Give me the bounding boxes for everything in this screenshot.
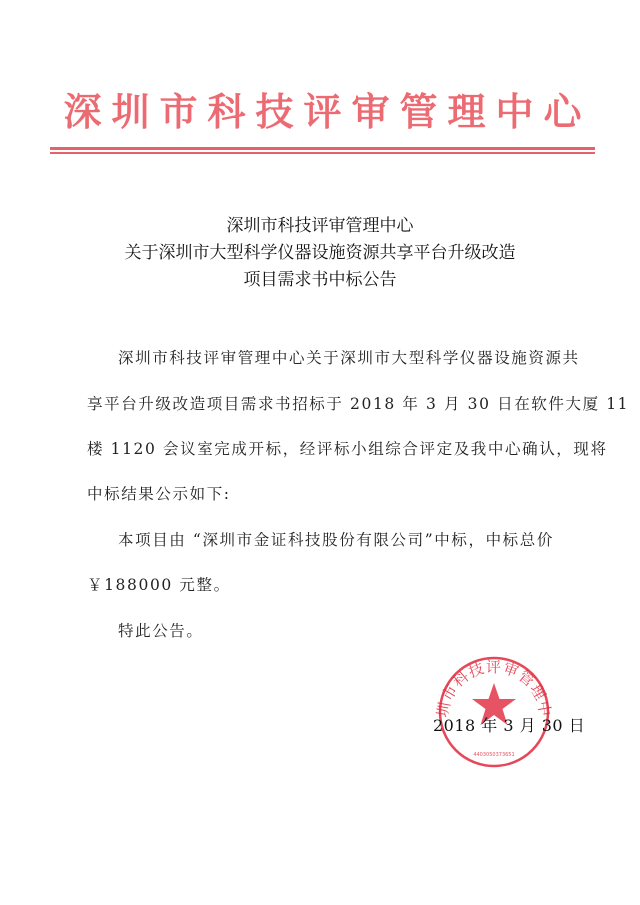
paragraph-1-line-4: 中标结果公示如下: [87, 482, 557, 504]
paragraph-3-closing: 特此公告。 [118, 619, 588, 641]
letterhead-title: 深圳市科技评审管理中心 [50, 86, 595, 138]
paragraph-1-line-3: 楼 1120 会议室完成开标，经评标小组综合评定及我中心确认，现将 [87, 437, 557, 459]
letterhead-rule-thin [50, 152, 595, 154]
title-line-3: 项目需求书中标公告 [0, 267, 640, 294]
paragraph-2-line-1: 本项目由 “深圳市金证科技股份有限公司”中标，中标总价 [118, 528, 588, 550]
letterhead-rule-thick [50, 147, 595, 150]
svg-text:4403050373651: 4403050373651 [473, 752, 514, 758]
paragraph-1-line-2: 享平台升级改造项目需求书招标于 2018 年 3 月 30 日在软件大厦 11 [87, 392, 557, 414]
paragraph-2-line-2: ￥188000 元整。 [87, 573, 557, 595]
title-line-2: 关于深圳市大型科学仪器设施资源共享平台升级改造 [0, 240, 640, 267]
document-title: 深圳市科技评审管理中心 关于深圳市大型科学仪器设施资源共享平台升级改造 项目需求… [0, 213, 640, 294]
paragraph-1-line-1: 深圳市科技评审管理中心关于深圳市大型科学仪器设施资源共 [118, 346, 588, 368]
title-line-1: 深圳市科技评审管理中心 [0, 213, 640, 240]
official-seal-icon: 深圳市科技评审管理中心 4403050373651 [428, 650, 558, 770]
signature-date: 2018 年 3 月 30 日 [433, 713, 585, 736]
